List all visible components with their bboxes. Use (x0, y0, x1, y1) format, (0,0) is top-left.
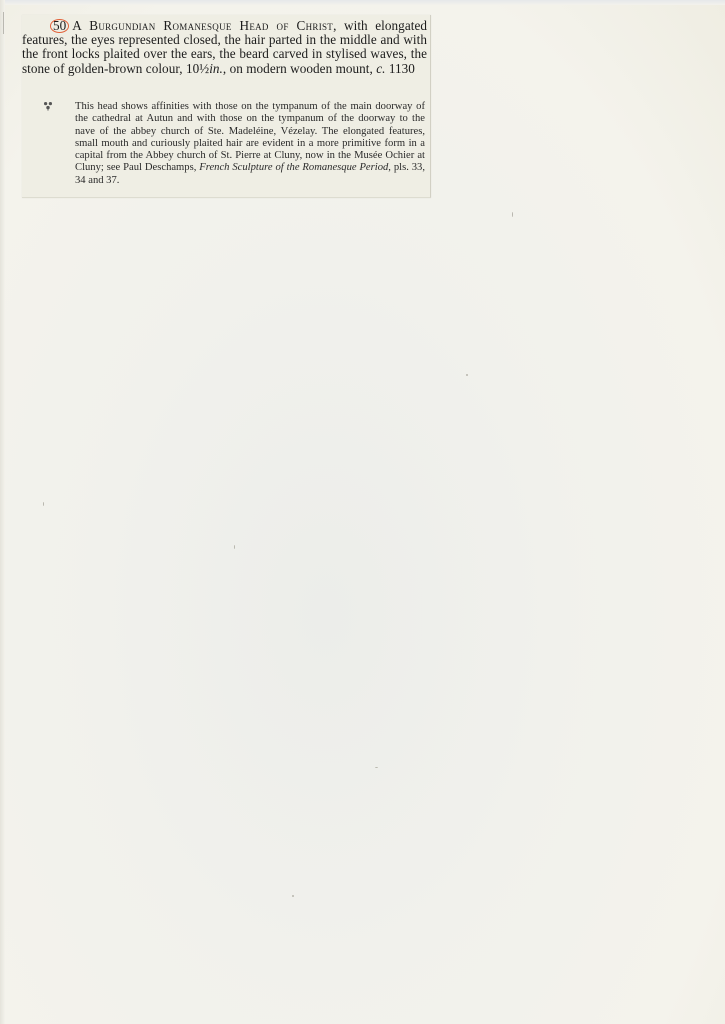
note-body: This head shows affinities with those on… (75, 101, 425, 187)
paper-speck (375, 767, 378, 768)
lot-entry: 50A Burgundian Romanesque Head of Christ… (22, 19, 427, 76)
page-edge-mark (3, 12, 4, 34)
catalogue-clipping: 50A Burgundian Romanesque Head of Christ… (22, 15, 431, 198)
lot-title: A Burgundian Romanesque Head of Christ (72, 18, 333, 33)
note-book-title: French Sculpture of the Romanesque Perio… (199, 162, 388, 173)
paper-speck (43, 502, 44, 506)
lot-mount: , on modern wooden mount, (223, 61, 376, 76)
page-top-edge (0, 0, 725, 5)
lot-number: 50 (50, 19, 69, 33)
trefoil-ornament-icon (43, 101, 53, 111)
lot-note: This head shows affinities with those on… (43, 101, 425, 187)
paper-speck (292, 895, 294, 897)
paper-speck (466, 374, 468, 376)
lot-dimension-unit: in. (209, 61, 223, 76)
paper-speck (234, 545, 235, 549)
lot-dimension: 10½ (186, 61, 209, 76)
paper-speck (512, 212, 513, 217)
scanned-page: 50A Burgundian Romanesque Head of Christ… (0, 0, 725, 1024)
page-left-edge (0, 0, 5, 1024)
lot-date: 1130 (385, 61, 414, 76)
